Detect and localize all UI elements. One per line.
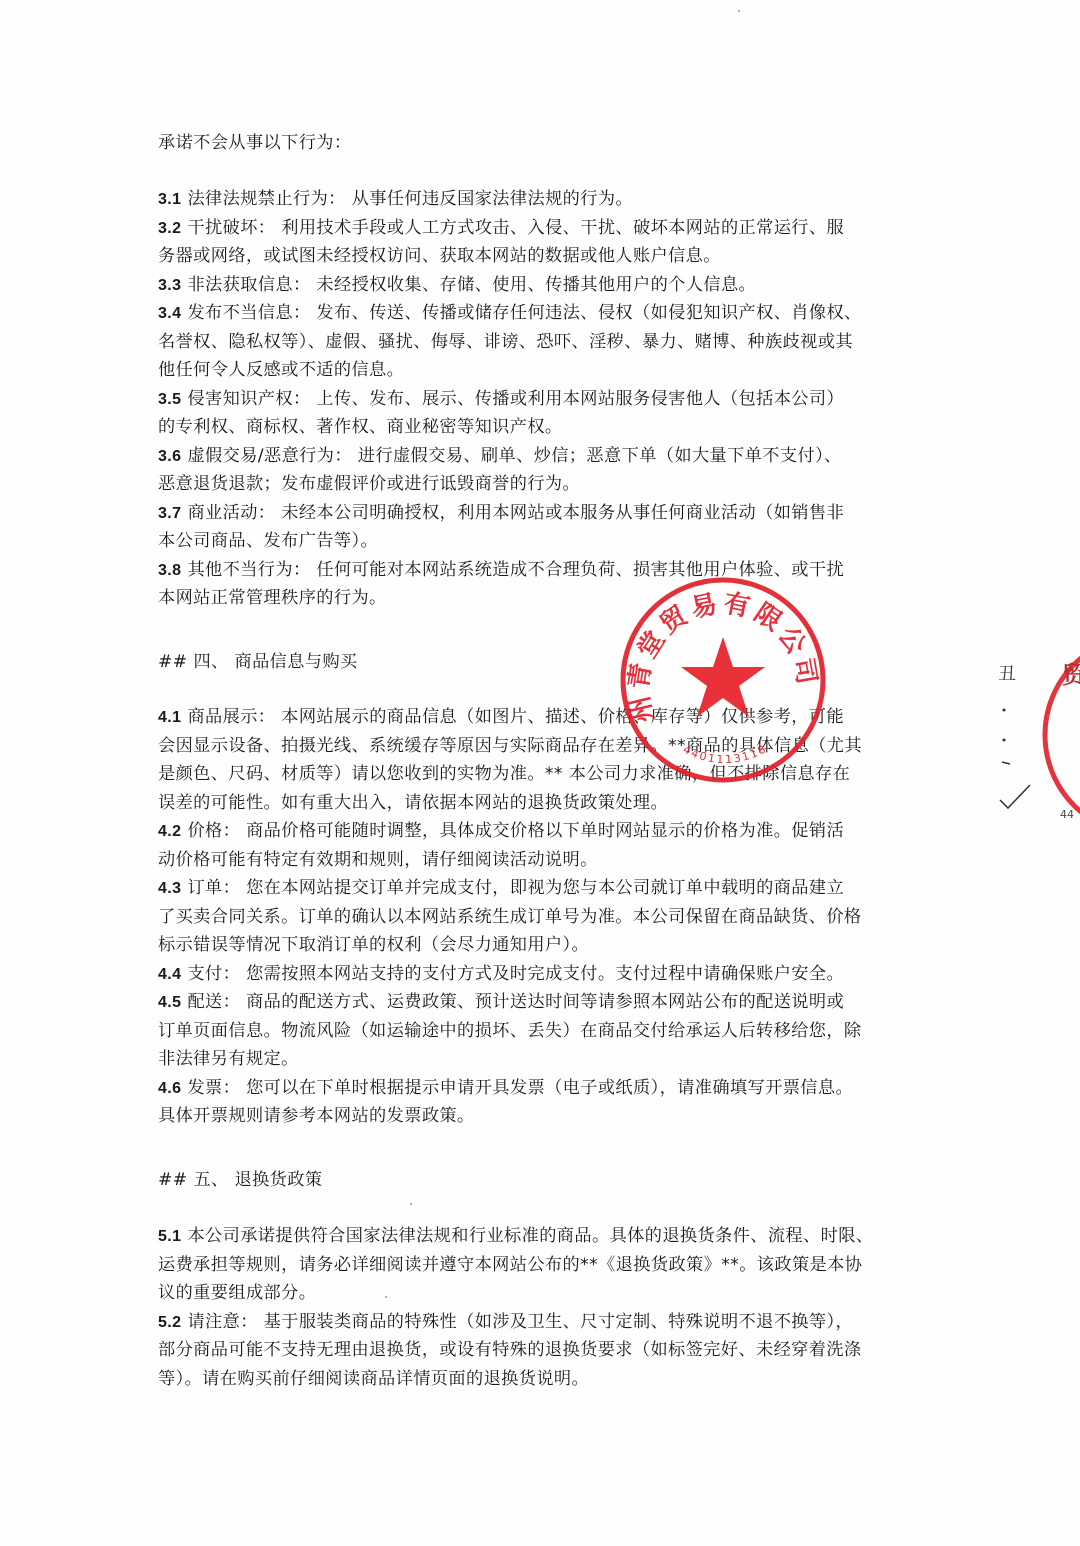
item-4-3-cont2: 标示错误等情况下取消订单的权利（会尽力通知用户）。	[158, 931, 928, 960]
item-4-1-cont: 会因显示设备、拍摄光线、系统缓存等原因与实际商品存在差异。**商品的具体信息（尤…	[158, 732, 928, 761]
item-3-3: 3.3非法获取信息： 未经授权收集、存储、使用、传播其他用户的个人信息。	[158, 271, 928, 300]
item-5-1: 5.1本公司承诺提供符合国家法律法规和行业标准的商品。具体的退换货条件、流程、时…	[158, 1222, 928, 1251]
edge-seal-graphic: 贸 44	[1040, 628, 1080, 843]
item-5-2-cont2: 等）。请在购买前仔细阅读商品详情页面的退换货说明。	[158, 1365, 928, 1394]
item-3-4-cont2: 他任何令人反感或不适的信息。	[158, 356, 928, 385]
item-4-6: 4.6发票： 您可以在下单时根据提示申请开具发票（电子或纸质），请准确填写开票信…	[158, 1074, 928, 1103]
svg-text:丑: 丑	[998, 664, 1016, 685]
item-4-3: 4.3订单： 您在本网站提交订单并完成支付，即视为您与本公司就订单中载明的商品建…	[158, 874, 928, 903]
edge-seal-code: 44	[1060, 808, 1074, 821]
scan-dot	[738, 10, 740, 12]
item-3-1: 3.1法律法规禁止行为： 从事任何违反国家法律法规的行为。	[158, 185, 928, 214]
pen-marks: 丑	[990, 640, 1040, 840]
scan-dot	[385, 1296, 387, 1298]
item-5-1-cont2: 议的重要组成部分。	[158, 1279, 928, 1308]
intro-line: 承诺不会从事以下行为：	[158, 129, 928, 158]
item-4-5: 4.5配送： 商品的配送方式、运费政策、预计送达时间等请参照本网站公布的配送说明…	[158, 988, 928, 1017]
item-4-6-cont: 具体开票规则请参考本网站的发票政策。	[158, 1102, 928, 1131]
edge-seal-partial: 贸 44	[1040, 628, 1080, 843]
item-3-6-cont: 恶意退货退款；发布虚假评价或进行诋毁商誉的行为。	[158, 470, 928, 499]
section-5-list: 5.1本公司承诺提供符合国家法律法规和行业标准的商品。具体的退换货条件、流程、时…	[158, 1222, 928, 1393]
item-4-3-cont: 了买卖合同关系。订单的确认以本网站系统生成订单号为准。本公司保留在商品缺货、价格	[158, 903, 928, 932]
item-3-6: 3.6虚假交易/恶意行为： 进行虚假交易、刷单、炒信；恶意下单（如大量下单不支付…	[158, 442, 928, 471]
item-3-4: 3.4发布不当信息： 发布、传送、传播或储存任何违法、侵权（如侵犯知识产权、肖像…	[158, 299, 928, 328]
item-4-5-cont2: 非法律另有规定。	[158, 1045, 928, 1074]
item-4-1-cont3: 误差的可能性。如有重大出入，请依据本网站的退换货政策处理。	[158, 789, 928, 818]
item-4-1: 4.1商品展示： 本网站展示的商品信息（如图片、描述、价格、库存等）仅供参考，可…	[158, 703, 928, 732]
item-3-2: 3.2干扰破坏： 利用技术手段或人工方式攻击、入侵、干扰、破坏本网站的正常运行、…	[158, 214, 928, 243]
item-5-2: 5.2请注意： 基于服装类商品的特殊性（如涉及卫生、尺寸定制、特殊说明不退不换等…	[158, 1308, 928, 1337]
section-4-list: 4.1商品展示： 本网站展示的商品信息（如图片、描述、价格、库存等）仅供参考，可…	[158, 703, 928, 1131]
item-3-2-cont: 务器或网络，或试图未经授权访问、获取本网站的数据或他人账户信息。	[158, 242, 928, 271]
item-4-4: 4.4支付： 您需按照本网站支持的支付方式及时完成支付。支付过程中请确保账户安全…	[158, 960, 928, 989]
edge-seal-char: 贸	[1062, 661, 1080, 689]
intro-text: 承诺不会从事以下行为：	[158, 129, 928, 158]
item-3-7: 3.7商业活动： 未经本公司明确授权，利用本网站或本服务从事任何商业活动（如销售…	[158, 499, 928, 528]
section-3-list: 3.1法律法规禁止行为： 从事任何违反国家法律法规的行为。 3.2干扰破坏： 利…	[158, 185, 928, 613]
item-5-1-cont: 运费承担等规则，请务必详细阅读并遵守本网站公布的**《退换货政策》**。该政策是…	[158, 1251, 928, 1280]
item-3-5: 3.5侵害知识产权： 上传、发布、展示、传播或利用本网站服务侵害他人（包括本公司…	[158, 385, 928, 414]
section-5-heading: ## 五、 退换货政策	[158, 1166, 928, 1195]
item-4-5-cont: 订单页面信息。物流风险（如运输途中的损坏、丢失）在商品交付给承运人后转移给您，除	[158, 1017, 928, 1046]
item-3-8-cont: 本网站正常管理秩序的行为。	[158, 584, 928, 613]
item-3-8: 3.8其他不当行为： 任何可能对本网站系统造成不合理负荷、损害其他用户体验、或干…	[158, 556, 928, 585]
scan-dot	[410, 1203, 412, 1205]
document-page: 承诺不会从事以下行为： 3.1法律法规禁止行为： 从事任何违反国家法律法规的行为…	[0, 0, 1080, 1546]
section-4-heading: ## 四、 商品信息与购买	[158, 648, 928, 677]
item-3-7-cont: 本公司商品、发布广告等）。	[158, 527, 928, 556]
item-4-2: 4.2价格： 商品价格可能随时调整，具体成交价格以下单时网站显示的价格为准。促销…	[158, 817, 928, 846]
item-3-4-cont: 名誉权、隐私权等）、虚假、骚扰、侮辱、诽谤、恐吓、淫秽、暴力、赌博、种族歧视或其	[158, 328, 928, 357]
item-4-1-cont2: 是颜色、尺码、材质等）请以您收到的实物为准。** 本公司力求准确，但不排除信息存…	[158, 760, 928, 789]
item-3-5-cont: 的专利权、商标权、著作权、商业秘密等知识产权。	[158, 413, 928, 442]
item-5-2-cont: 部分商品可能不支持无理由退换货，或设有特殊的退换货要求（如标签完好、未经穿着洗涤	[158, 1336, 928, 1365]
item-4-2-cont: 动价格可能有特定有效期和规则，请仔细阅读活动说明。	[158, 846, 928, 875]
